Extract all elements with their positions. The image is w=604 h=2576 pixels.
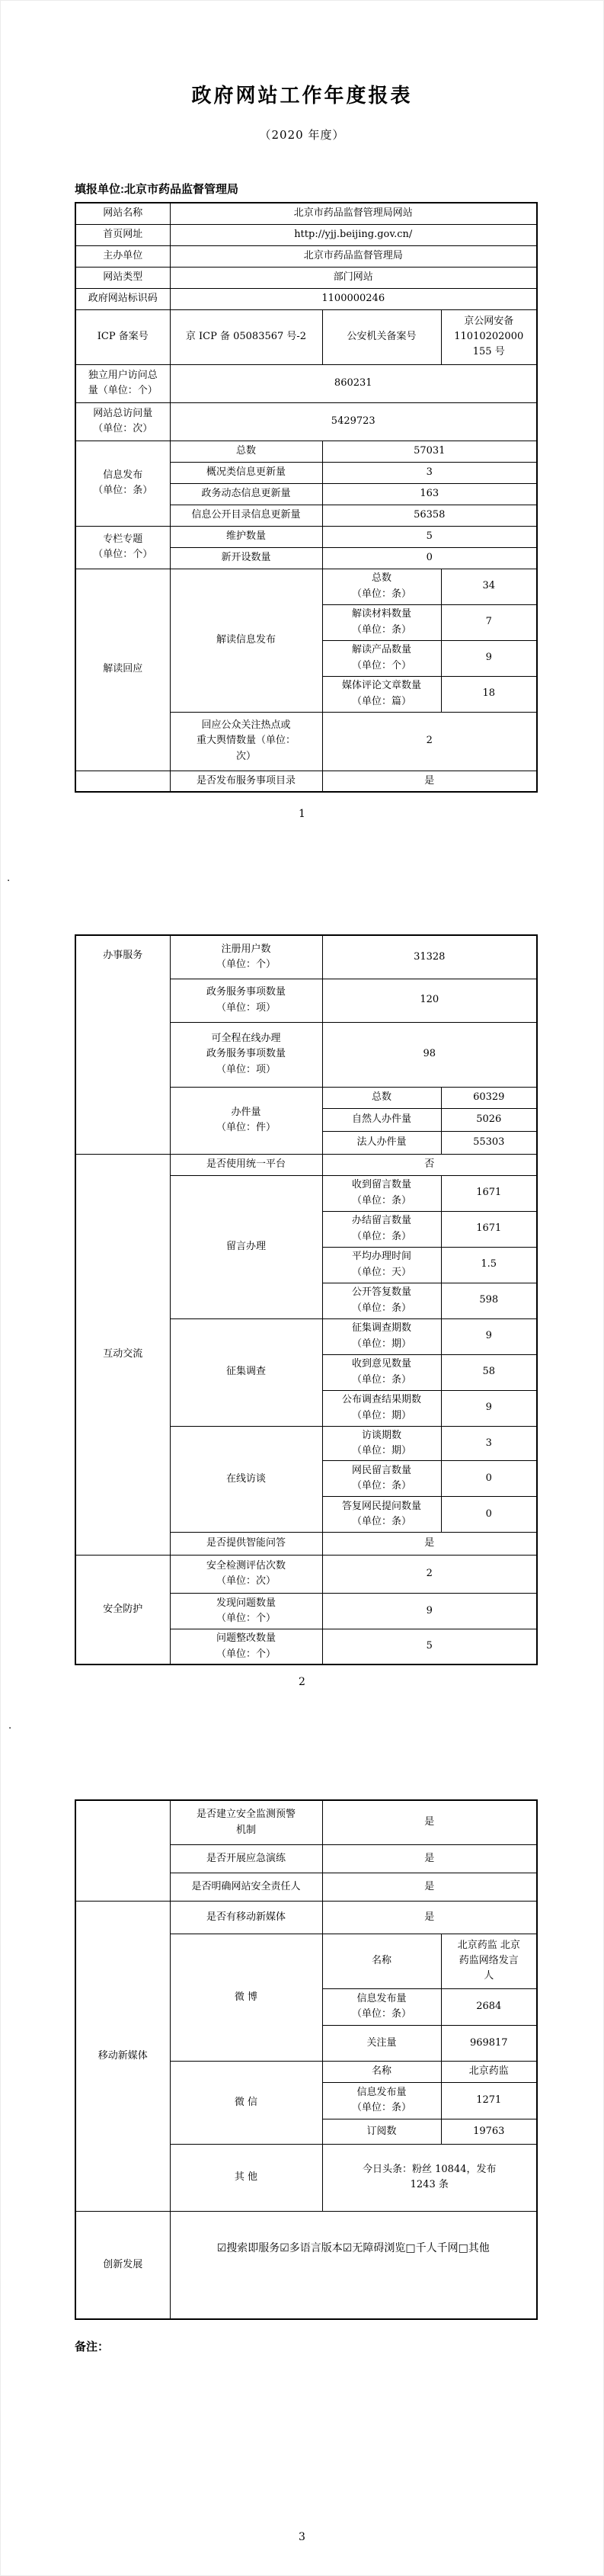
wechat-subs-value: 19763 [441,2119,537,2144]
total-visits-value: 5429723 [170,402,537,441]
interpret-total-value: 34 [441,569,537,604]
service-items-label: 政务服务事项数量 （单位：项） [170,979,322,1022]
info-overview-label: 概况类信息更新量 [170,462,322,483]
registered-users-value: 31328 [322,935,537,979]
unique-visitors-value: 860231 [170,364,537,402]
case-legal-value: 55303 [441,1131,537,1154]
registered-users-label: 注册用户数 （单位：个） [170,935,322,979]
empty-section-cell [75,771,170,792]
unified-platform-label: 是否使用统一平台 [170,1154,322,1175]
info-overview-value: 3 [322,462,537,483]
weibo-followers-value: 969817 [441,2025,537,2061]
service-section-label: 办事服务 [75,935,170,1154]
column-maintain-value: 5 [322,526,537,547]
problems-found-label: 发现问题数量 （单位：个） [170,1593,322,1629]
weibo-name-label: 名称 [322,1934,441,1988]
survey-count-value: 9 [441,1318,537,1354]
organizer-value: 北京市药品监督管理局 [170,245,537,267]
survey-opinions-label: 收到意见数量 （单位：条） [322,1354,441,1390]
message-received-label: 收到留言数量 （单位：条） [322,1175,441,1211]
website-name-label: 网站名称 [75,203,170,224]
page-title: 政府网站工作年度报表 [1,1,603,108]
smart-qa-value: 是 [322,1532,537,1555]
interview-replies-value: 0 [441,1496,537,1532]
smart-qa-label: 是否提供智能问答 [170,1532,322,1555]
case-person-value: 5026 [441,1108,537,1131]
service-directory-value: 是 [322,771,537,792]
survey-section-label: 征集调查 [170,1318,322,1426]
wechat-name-value: 北京药监 [441,2061,537,2082]
site-type-label: 网站类型 [75,267,170,288]
site-code-label: 政府网站标识码 [75,288,170,309]
interview-section-label: 在线访谈 [170,1426,322,1532]
hot-response-value: 2 [322,712,537,771]
report-year-subtitle: （2020 年度） [1,127,603,143]
stray-dot: . [8,1720,11,1732]
page-number-1: 1 [1,808,603,820]
weibo-followers-label: 关注量 [322,2025,441,2061]
online-items-value: 98 [322,1022,537,1087]
icp-label: ICP 备案号 [75,309,170,364]
icp-value: 京 ICP 备 05083567 号-2 [170,309,322,364]
page-break [1,820,603,934]
interview-count-value: 3 [441,1426,537,1460]
message-time-label: 平均办理时间 （单位：天） [322,1247,441,1283]
weibo-name-value: 北京药监 北京 药监网络发言 人 [441,1934,537,1988]
weibo-posts-value: 2684 [441,1988,537,2025]
emergency-drill-value: 是 [322,1844,537,1873]
weibo-posts-label: 信息发布量 （单位：条） [322,1988,441,2025]
info-publish-section-label: 信息发布 （单位：条） [75,441,170,526]
stray-dot: . [7,873,10,884]
total-visits-label: 网站总访问量 （单位：次） [75,402,170,441]
interpret-material-value: 7 [441,604,537,640]
home-url-label: 首页网址 [75,224,170,245]
filing-unit: 填报单位:北京市药品监督管理局 [75,181,603,197]
service-directory-label: 是否发布服务事项目录 [170,771,322,792]
wechat-section-label: 微 信 [170,2061,322,2144]
info-catalog-label: 信息公开目录信息更新量 [170,505,322,526]
media-comment-label: 媒体评论文章数量 （单位：篇） [322,676,441,712]
annual-report-table-page3: 是否建立安全监测预警 机制 是 是否开展应急演练 是 是否明确网站安全责任人 是… [75,1799,538,2320]
security-check-label: 安全检测评估次数 （单位：次） [170,1555,322,1593]
info-total-value: 57031 [322,441,537,462]
message-handling-label: 留言办理 [170,1175,322,1318]
remark-label: 备注： [75,2338,603,2354]
message-done-label: 办结留言数量 （单位：条） [322,1211,441,1247]
unique-visitors-label: 独立用户访问总 量（单位：个） [75,364,170,402]
annual-report-table-page2: 办事服务 注册用户数 （单位：个） 31328 政务服务事项数量 （单位：项） … [75,934,538,1665]
survey-count-label: 征集调查期数 （单位：期） [322,1318,441,1354]
wechat-posts-value: 1271 [441,2082,537,2119]
organizer-label: 主办单位 [75,245,170,267]
hot-response-label: 回应公众关注热点或 重大舆情数量（单位： 次） [170,712,322,771]
has-mobile-media-label: 是否有移动新媒体 [170,1901,322,1934]
case-total-label: 总数 [322,1087,441,1108]
website-name-value: 北京市药品监督管理局网站 [170,203,537,224]
wechat-posts-label: 信息发布量 （单位：条） [322,2082,441,2119]
message-reply-value: 598 [441,1283,537,1318]
info-news-label: 政务动态信息更新量 [170,483,322,505]
problems-fixed-value: 5 [322,1629,537,1664]
message-reply-label: 公开答复数量 （单位：条） [322,1283,441,1318]
message-done-value: 1671 [441,1211,537,1247]
info-catalog-value: 56358 [322,505,537,526]
page-number-2: 2 [1,1676,603,1688]
weibo-section-label: 微 博 [170,1934,322,2061]
info-total-label: 总数 [170,441,322,462]
monitor-warning-value: 是 [322,1800,537,1844]
innovation-checkbox-row: ☑搜索即服务☑多语言版本☑无障碍浏览□千人千网□其他 [170,2211,537,2319]
unified-platform-value: 否 [322,1154,537,1175]
interpret-product-label: 解读产品数量 （单位：个） [322,640,441,676]
interpret-total-label: 总数 （单位：条） [322,569,441,604]
case-volume-label: 办件量 （单位：件） [170,1087,322,1154]
case-person-label: 自然人办件量 [322,1108,441,1131]
interaction-section-label: 互动交流 [75,1154,170,1555]
column-maintain-label: 维护数量 [170,526,322,547]
mobile-media-section-label: 移动新媒体 [75,1901,170,2211]
site-code-value: 1100000246 [170,288,537,309]
online-items-label: 可全程在线办理 政务服务事项数量 （单位：项） [170,1022,322,1087]
media-comment-value: 18 [441,676,537,712]
interview-count-label: 访谈期数 （单位：期） [322,1426,441,1460]
annual-report-table-page1: 网站名称 北京市药品监督管理局网站 首页网址 http://yjj.beijin… [75,202,538,793]
survey-opinions-value: 58 [441,1354,537,1390]
interpret-material-label: 解读材料数量 （单位：条） [322,604,441,640]
interpret-publish-label: 解读信息发布 [170,569,322,712]
case-total-value: 60329 [441,1087,537,1108]
monitor-warning-label: 是否建立安全监测预警 机制 [170,1800,322,1844]
service-items-value: 120 [322,979,537,1022]
emergency-drill-label: 是否开展应急演练 [170,1844,322,1873]
other-media-value: 今日头条：粉丝 10844，发布 1243 条 [322,2144,537,2211]
interview-messages-value: 0 [441,1460,537,1496]
has-mobile-media-value: 是 [322,1901,537,1934]
site-type-value: 部门网站 [170,267,537,288]
interpret-product-value: 9 [441,640,537,676]
problems-found-value: 9 [322,1593,537,1629]
page-break [1,1688,603,1799]
security-person-label: 是否明确网站安全责任人 [170,1873,322,1901]
message-time-value: 1.5 [441,1247,537,1283]
interview-messages-label: 网民留言数量 （单位：条） [322,1460,441,1496]
column-new-label: 新开设数量 [170,547,322,569]
other-media-label: 其 他 [170,2144,322,2211]
police-filing-label: 公安机关备案号 [322,309,441,364]
problems-fixed-label: 问题整改数量 （单位：个） [170,1629,322,1664]
police-filing-value: 京公网安备 11010202000 155 号 [441,309,537,364]
survey-results-value: 9 [441,1390,537,1426]
innovation-section-label: 创新发展 [75,2211,170,2319]
survey-results-label: 公布调查结果期数 （单位：期） [322,1390,441,1426]
report-sheet: . . 政府网站工作年度报表 （2020 年度） 填报单位:北京市药品监督管理局… [0,0,604,2576]
info-news-value: 163 [322,483,537,505]
security-section-label: 安全防护 [75,1555,170,1664]
case-legal-label: 法人办件量 [322,1131,441,1154]
page-number-3: 3 [1,2531,603,2566]
security-person-value: 是 [322,1873,537,1901]
wechat-name-label: 名称 [322,2061,441,2082]
security-check-value: 2 [322,1555,537,1593]
interview-replies-label: 答复网民提问数量 （单位：条） [322,1496,441,1532]
home-url-value: http://yjj.beijing.gov.cn/ [170,224,537,245]
column-new-value: 0 [322,547,537,569]
message-received-value: 1671 [441,1175,537,1211]
empty-section-cell [75,1800,170,1901]
special-column-section-label: 专栏专题 （单位：个） [75,526,170,569]
wechat-subs-label: 订阅数 [322,2119,441,2144]
interpret-response-section-label: 解读回应 [75,569,170,771]
